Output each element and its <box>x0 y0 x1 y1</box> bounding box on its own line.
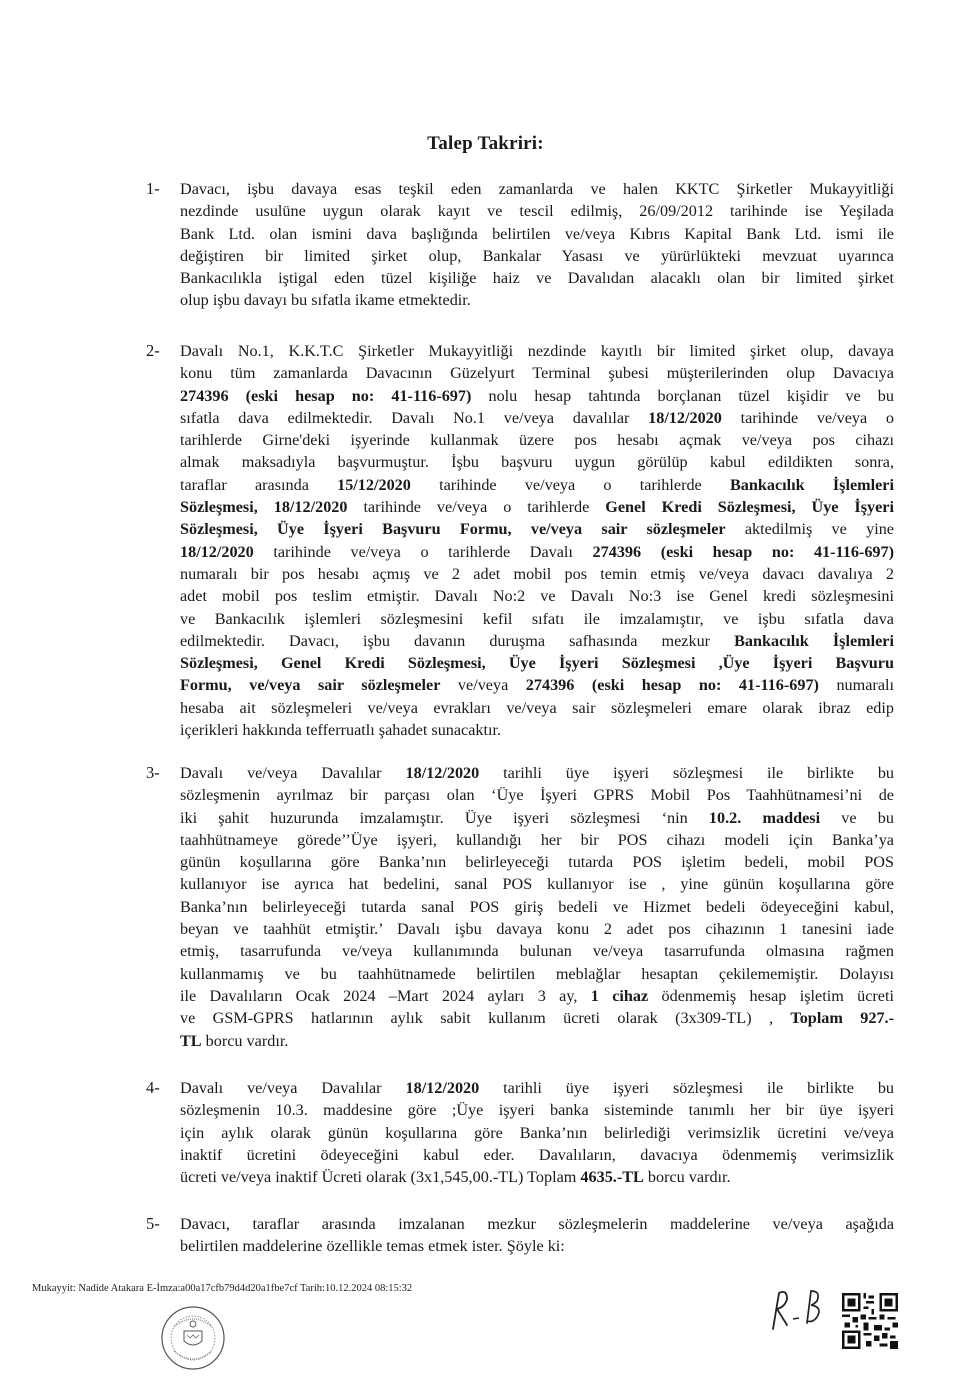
bold-text: 15/12/2020 <box>337 476 411 494</box>
text: aktedilmiş ve yine <box>726 520 894 538</box>
paragraph-number: 1- <box>146 178 160 200</box>
text-line: ile Davalıların Ocak 2024 –Mart 2024 ayl… <box>180 985 894 1007</box>
text: ücreti ve/veya inaktif Ücreti olarak (3x… <box>180 1168 580 1186</box>
text-line: Bankacılıkla iştigal eden tüzel kişiliğe… <box>180 267 894 289</box>
text-line: hesaba ait sözleşmeleri ve/veya evraklar… <box>180 697 894 719</box>
text-line: TL borcu vardır. <box>180 1030 894 1052</box>
text-line: kullanıyor ise ayrıca hat bedelini, sana… <box>180 873 894 895</box>
text: Banka’nın belirleyeceği tutarda sanal PO… <box>180 898 894 916</box>
text-line: ücreti ve/veya inaktif Ücreti olarak (3x… <box>180 1166 894 1188</box>
paragraph-body: Davacı, işbu davaya esas teşkil eden zam… <box>180 178 894 312</box>
text: adet mobil pos teslim etmiştir. Davalı N… <box>180 587 894 605</box>
text: kullanmamış ve bu taahhütnamede belirtil… <box>180 965 894 983</box>
text-line: nezdinde usulüne uygun olarak kayıt ve t… <box>180 200 894 222</box>
text: tarihinde ve/veya o tarihlerde Davalı <box>254 543 593 561</box>
text: ve Bankacılık işlemleri sözleşmesini kef… <box>180 610 894 628</box>
text: değiştiren bir limited şirket olup, Bank… <box>180 247 894 265</box>
text: Bank Ltd. olan ismini dava başlığında be… <box>180 225 894 243</box>
text-line: Davacı, işbu davaya esas teşkil eden zam… <box>180 178 894 200</box>
text-line: Formu, ve/veya sair sözleşmeler ve/veya … <box>180 674 894 696</box>
text: almak maksadıyla başvurmuştur. İşbu başv… <box>180 453 894 471</box>
text: içerikleri hakkında tefferruatlı şahadet… <box>180 721 501 739</box>
text: inaktif ücretini ödeyeceğini kabul eder.… <box>180 1146 894 1164</box>
text: sözleşmenin ayrılmaz bir parçası olan ‘Ü… <box>180 786 894 804</box>
bold-text: Bankacılık İşlemleri <box>734 632 894 650</box>
text: Davalı ve/veya Davalılar <box>180 1079 406 1097</box>
text: Davacı, işbu davaya esas teşkil eden zam… <box>180 180 894 198</box>
text: ve/veya <box>440 676 525 694</box>
text: etmiş, tasarrufunda ve/veya kullanımında… <box>180 942 894 960</box>
text-line: taraflar arasında 15/12/2020 tarihinde v… <box>180 474 894 496</box>
text: nezdinde usulüne uygun olarak kayıt ve t… <box>180 202 894 220</box>
text: sözleşmenin 10.3. maddesine göre ;Üye iş… <box>180 1101 894 1119</box>
text: belirtilen maddelerine özellikle temas e… <box>180 1237 565 1255</box>
text: ve GSM-GPRS hatlarının aylık sabit kulla… <box>180 1009 790 1027</box>
text: konu tüm zamanlarda Davacının Güzelyurt … <box>180 364 894 382</box>
text-line: Davalı ve/veya Davalılar 18/12/2020 tari… <box>180 1077 894 1099</box>
text: tarihinde ve/veya o tarihlerde <box>411 476 730 494</box>
official-seal-icon <box>160 1305 226 1371</box>
text: taahhütnameye görede’’Üye işyeri, kullan… <box>180 831 894 849</box>
bold-text: 18/12/2020 <box>648 409 722 427</box>
text-line: Bank Ltd. olan ismini dava başlığında be… <box>180 223 894 245</box>
text-line: taahhütnameye görede’’Üye işyeri, kullan… <box>180 829 894 851</box>
paragraph-number: 2- <box>146 340 160 362</box>
text-line: Banka’nın belirleyeceği tutarda sanal PO… <box>180 896 894 918</box>
text: ödenmemiş hesap işletim ücreti <box>648 987 894 1005</box>
bold-text: TL <box>180 1032 202 1050</box>
handwritten-signature <box>765 1285 835 1335</box>
text-line: Sözleşmesi, Genel Kredi Sözleşmesi, Üye … <box>180 652 894 674</box>
text: numaralı <box>819 676 894 694</box>
text: kullanıyor ise ayrıca hat bedelini, sana… <box>180 875 894 893</box>
qr-code-icon <box>842 1293 898 1349</box>
text: tarihlerde Girne'deki işyerinde kullanma… <box>180 431 894 449</box>
bold-text: Genel Kredi Sözleşmesi, Üye İşyeri <box>605 498 894 516</box>
paragraph-number: 3- <box>146 762 160 784</box>
bold-text: Toplam 927.- <box>790 1009 894 1027</box>
bold-text: 274396 (eski hesap no: 41-116-697) <box>180 387 471 405</box>
text-line: sıfatla dava edilmektedir. Davalı No.1 v… <box>180 407 894 429</box>
text-line: kullanmamış ve bu taahhütnamede belirtil… <box>180 963 894 985</box>
bold-text: Sözleşmesi, Üye İşyeri Başvuru Formu, ve… <box>180 520 726 538</box>
text-line: belirtilen maddelerine özellikle temas e… <box>180 1235 894 1257</box>
text-line: ve Bankacılık işlemleri sözleşmesini kef… <box>180 608 894 630</box>
text: günün koşullarına göre Banka’nın belirle… <box>180 853 894 871</box>
text-line: olup işbu davayı bu sıfatla ikame etmekt… <box>180 289 894 311</box>
text: iki şahit huzurunda imzalamıştır. Üye iş… <box>180 809 709 827</box>
text: Davalı ve/veya Davalılar <box>180 764 406 782</box>
registrar-signature-line: Mukayyit: Nadide Atakara E-İmza:a00a17cf… <box>32 1283 412 1294</box>
text-line: sözleşmenin ayrılmaz bir parçası olan ‘Ü… <box>180 784 894 806</box>
text: beyan ve taahhüt etmiştir.’ Davalı işbu … <box>180 920 894 938</box>
text: borcu vardır. <box>644 1168 731 1186</box>
text: borcu vardır. <box>202 1032 289 1050</box>
text-line: inaktif ücretini ödeyeceğini kabul eder.… <box>180 1144 894 1166</box>
text: tarihinde ve/veya o <box>722 409 894 427</box>
text-line: tarihlerde Girne'deki işyerinde kullanma… <box>180 429 894 451</box>
text-line: iki şahit huzurunda imzalamıştır. Üye iş… <box>180 807 894 829</box>
text: tarihli üye işyeri sözleşmesi ile birlik… <box>479 764 894 782</box>
bold-text: 1 cihaz <box>591 987 648 1005</box>
bold-text: 18/12/2020 <box>406 764 480 782</box>
text: Bankacılıkla iştigal eden tüzel kişiliğe… <box>180 269 894 287</box>
text-line: adet mobil pos teslim etmiştir. Davalı N… <box>180 585 894 607</box>
text-line: için aylık olarak günün koşullarına göre… <box>180 1122 894 1144</box>
bold-text: 274396 (eski hesap no: 41-116-697) <box>526 676 819 694</box>
text-line: konu tüm zamanlarda Davacının Güzelyurt … <box>180 362 894 384</box>
text-line: Davacı, taraflar arasında imzalanan mezk… <box>180 1213 894 1235</box>
text-line: sözleşmenin 10.3. maddesine göre ;Üye iş… <box>180 1099 894 1121</box>
text: olup işbu davayı bu sıfatla ikame etmekt… <box>180 291 471 309</box>
bold-text: 274396 (eski hesap no: 41-116-697) <box>593 543 894 561</box>
text: taraflar arasında <box>180 476 337 494</box>
text: nolu hesap tahtında borçlanan tüzel kişi… <box>471 387 894 405</box>
document-title: Talep Takriri: <box>0 133 971 155</box>
paragraph-number: 4- <box>146 1077 160 1099</box>
bold-text: Sözleşmesi, Genel Kredi Sözleşmesi, Üye … <box>180 654 894 672</box>
text-line: 274396 (eski hesap no: 41-116-697) nolu … <box>180 385 894 407</box>
paragraph-number: 5- <box>146 1213 160 1235</box>
text: tarihli üye işyeri sözleşmesi ile birlik… <box>479 1079 894 1097</box>
paragraph-body: Davacı, taraflar arasında imzalanan mezk… <box>180 1213 894 1258</box>
text-line: 18/12/2020 tarihinde ve/veya o tarihlerd… <box>180 541 894 563</box>
paragraph-body: Davalı No.1, K.K.T.C Şirketler Mukayyitl… <box>180 340 894 741</box>
text: tarihinde ve/veya o tarihlerde <box>347 498 605 516</box>
bold-text: 18/12/2020 <box>180 543 254 561</box>
text-line: Sözleşmesi, 18/12/2020 tarihinde ve/veya… <box>180 496 894 518</box>
text: hesaba ait sözleşmeleri ve/veya evraklar… <box>180 699 894 717</box>
text-line: Sözleşmesi, Üye İşyeri Başvuru Formu, ve… <box>180 518 894 540</box>
bold-text: Sözleşmesi, 18/12/2020 <box>180 498 347 516</box>
text-line: Davalı ve/veya Davalılar 18/12/2020 tari… <box>180 762 894 784</box>
text-line: almak maksadıyla başvurmuştur. İşbu başv… <box>180 451 894 473</box>
text-line: içerikleri hakkında tefferruatlı şahadet… <box>180 719 894 741</box>
text-line: günün koşullarına göre Banka’nın belirle… <box>180 851 894 873</box>
text-line: ve GSM-GPRS hatlarının aylık sabit kulla… <box>180 1007 894 1029</box>
text: ile Davalıların Ocak 2024 –Mart 2024 ayl… <box>180 987 591 1005</box>
text-line: değiştiren bir limited şirket olup, Bank… <box>180 245 894 267</box>
text: Davacı, taraflar arasında imzalanan mezk… <box>180 1215 894 1233</box>
text: sıfatla dava edilmektedir. Davalı No.1 v… <box>180 409 648 427</box>
paragraph-body: Davalı ve/veya Davalılar 18/12/2020 tari… <box>180 762 894 1052</box>
text-line: Davalı No.1, K.K.T.C Şirketler Mukayyitl… <box>180 340 894 362</box>
bold-text: 4635.-TL <box>580 1168 643 1186</box>
text: numaralı bir pos hesabı açmış ve 2 adet … <box>180 565 894 583</box>
text-line: beyan ve taahhüt etmiştir.’ Davalı işbu … <box>180 918 894 940</box>
bold-text: 18/12/2020 <box>406 1079 480 1097</box>
bold-text: 10.2. maddesi <box>709 809 820 827</box>
text: ve bu <box>820 809 894 827</box>
text-line: edilmektedir. Davacı, işbu davanın duruş… <box>180 630 894 652</box>
text-line: numaralı bir pos hesabı açmış ve 2 adet … <box>180 563 894 585</box>
paragraph-body: Davalı ve/veya Davalılar 18/12/2020 tari… <box>180 1077 894 1188</box>
bold-text: Formu, ve/veya sair sözleşmeler <box>180 676 440 694</box>
text: için aylık olarak günün koşullarına göre… <box>180 1124 894 1142</box>
bold-text: Bankacılık İşlemleri <box>730 476 894 494</box>
text-line: etmiş, tasarrufunda ve/veya kullanımında… <box>180 940 894 962</box>
text: Davalı No.1, K.K.T.C Şirketler Mukayyitl… <box>180 342 894 360</box>
text: edilmektedir. Davacı, işbu davanın duruş… <box>180 632 734 650</box>
